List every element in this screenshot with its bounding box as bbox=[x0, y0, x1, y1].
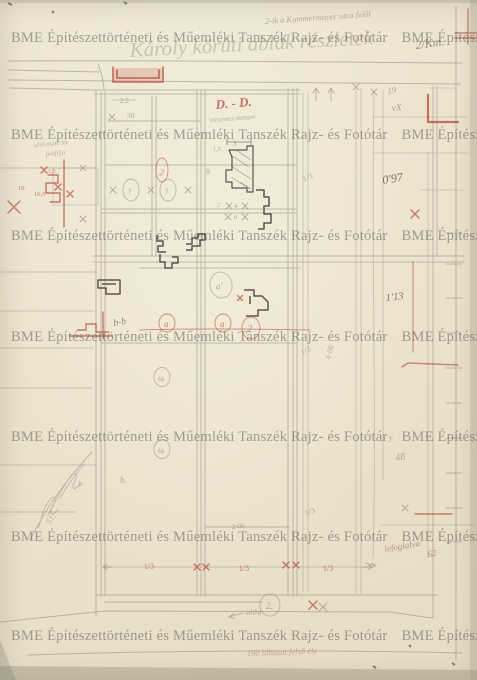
paper-top-edge bbox=[0, 0, 477, 3]
paper-corner-shadow bbox=[0, 640, 16, 680]
dim-30: 30 bbox=[127, 111, 135, 120]
red-note-62: 62 bbox=[427, 547, 438, 558]
dim-1-5: 1,5 bbox=[213, 147, 221, 153]
red-third-2: 1/3 bbox=[239, 563, 250, 573]
section-sublabel: vízszintes metszet bbox=[210, 114, 256, 124]
lower-left-red-profile bbox=[70, 312, 112, 338]
height-0-97: 0'97 bbox=[381, 170, 404, 187]
red-dim-16-5: 16,5 bbox=[34, 191, 45, 198]
label-omega-1: ω bbox=[158, 373, 164, 383]
corner-note: 2-ik a Kammermayer utca felől bbox=[264, 9, 371, 26]
label-b-small: b bbox=[78, 480, 82, 489]
red-third-3: 1/3 bbox=[323, 563, 334, 573]
profile-note-line2: profilja bbox=[45, 149, 66, 158]
window-rails bbox=[93, 90, 464, 527]
annotations: 2-ik a Kammermayer utca felől Károly kör… bbox=[18, 9, 445, 658]
height-1-13: 1'13 bbox=[385, 291, 404, 304]
sheet-number: 2/Km. bbox=[414, 34, 445, 52]
red-squiggle-two: 2 bbox=[159, 167, 165, 177]
red-dim-1-6: 1,6 bbox=[48, 169, 56, 175]
corner-profile-3 bbox=[157, 235, 166, 252]
dim-2: 2 bbox=[217, 203, 220, 209]
dim-4-86: 4·86 bbox=[323, 344, 335, 361]
pencil-arrows bbox=[103, 88, 376, 619]
note-19: 19 bbox=[387, 84, 398, 95]
window-frame-verticals bbox=[96, 88, 297, 616]
scanned-drawing-sheet: 2-ik a Kammermayer utca felől Károly kör… bbox=[0, 0, 477, 680]
bottom-note: 190 lábazat felső éle bbox=[247, 646, 318, 658]
note-eddig: eddig bbox=[245, 607, 262, 617]
left-wall-course-lines bbox=[0, 168, 96, 512]
note-vx: vX bbox=[391, 103, 403, 114]
third-lower: 1/3 bbox=[304, 506, 317, 518]
dim-2-06: 2·06 bbox=[231, 521, 245, 531]
pane-question-1: ? bbox=[128, 187, 132, 196]
dim-8: 8 bbox=[206, 167, 210, 176]
red-dim-10: 10 bbox=[18, 185, 25, 192]
sill-profile bbox=[244, 290, 268, 316]
right-faint-horizontals bbox=[372, 88, 476, 525]
note-circled-two: 2. bbox=[266, 601, 273, 611]
red-note-approved: lefoglalva bbox=[384, 538, 422, 554]
right-tick-column bbox=[446, 233, 462, 542]
lintel-channel-fill bbox=[114, 68, 162, 81]
red-connector-line bbox=[140, 329, 310, 330]
dim-2-5: 2.5 bbox=[120, 97, 129, 105]
section-dim-ticks bbox=[227, 139, 251, 145]
window-sketch-canvas: 2-ik a Kammermayer utca felől Károly kör… bbox=[0, 0, 477, 680]
label-a-prime: a' bbox=[216, 281, 224, 291]
label-a-red-1: a bbox=[164, 319, 169, 329]
wall-panel-verticals bbox=[303, 89, 428, 594]
pencil-marks bbox=[30, 84, 408, 619]
mark-y: y bbox=[388, 433, 393, 442]
label-b-dot: b. bbox=[120, 475, 127, 485]
dark-profile-details bbox=[98, 139, 271, 316]
corner-profile-1 bbox=[186, 234, 205, 250]
mullion-section-outline bbox=[226, 146, 253, 192]
dim-3: 3 bbox=[233, 140, 237, 148]
sill-lines bbox=[0, 595, 462, 655]
red-horizontal-guide bbox=[402, 363, 458, 367]
third-middle: 1/3 bbox=[299, 344, 312, 356]
mullion-section-hatch bbox=[231, 150, 251, 189]
pane-question-2: ? bbox=[165, 187, 169, 196]
scribble-51: 51. bbox=[43, 511, 58, 526]
label-a-red-2: a bbox=[220, 319, 225, 329]
dim-6: 6 bbox=[234, 214, 238, 221]
label-two-red: 2 bbox=[247, 324, 252, 335]
sheet-title: Károly körúti ablak részletek bbox=[128, 25, 374, 62]
dim-48: 48 bbox=[394, 451, 406, 464]
paper-bottom-edge bbox=[0, 666, 477, 680]
label-omega-2: ω bbox=[158, 445, 164, 455]
paper-right-edge bbox=[470, 0, 477, 680]
pencil-x-marks bbox=[80, 84, 408, 611]
label-bb: b-b bbox=[113, 317, 127, 329]
section-label: D. - D. bbox=[214, 94, 252, 112]
red-third-1: 1/3 bbox=[144, 561, 155, 571]
profile-note-line1: alsó osztó léc bbox=[34, 139, 70, 149]
